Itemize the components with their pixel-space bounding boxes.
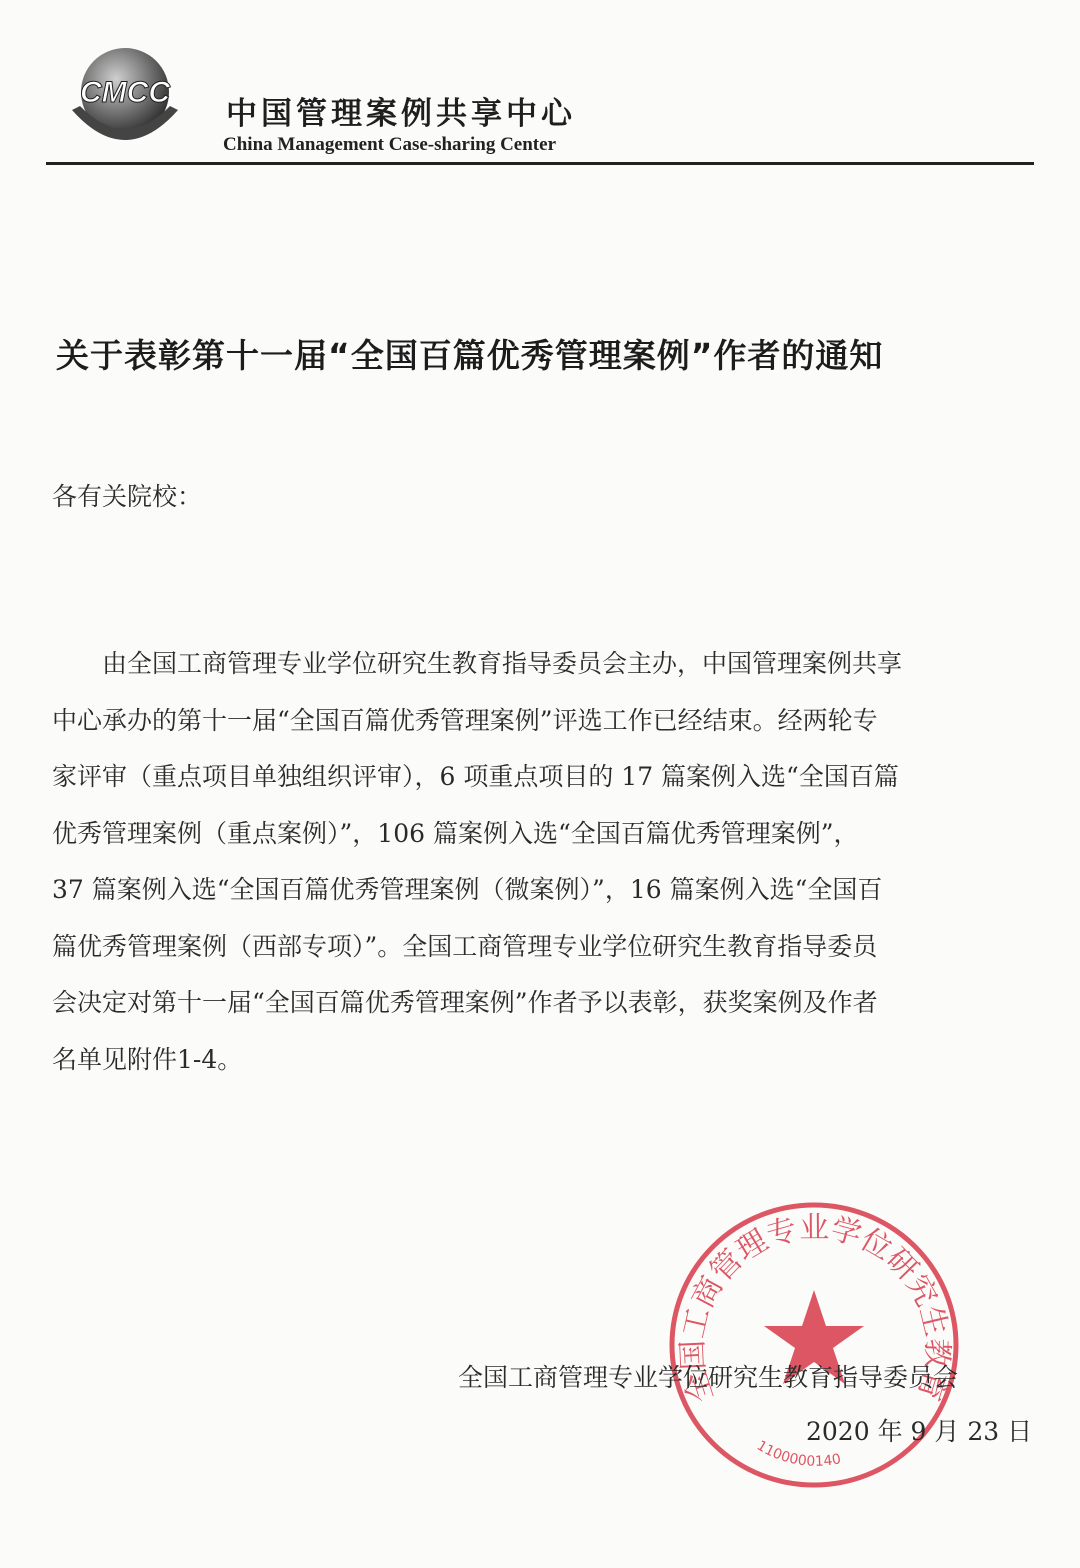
body-line: 优秀管理案例（重点案例）”，106 篇案例入选“全国百篇优秀管理案例”，: [52, 806, 1042, 863]
body-line: 名单见附件1-4。: [52, 1032, 1042, 1089]
document-body: 由全国工商管理专业学位研究生教育指导委员会主办，中国管理案例共享 中心承办的第十…: [52, 636, 1042, 1088]
body-line: 37 篇案例入选“全国百篇优秀管理案例（微案例）”，16 篇案例入选“全国百: [52, 862, 1042, 919]
header-divider: [46, 162, 1034, 165]
document-title: 关于表彰第十一届“全国百篇优秀管理案例”作者的通知: [56, 330, 883, 377]
body-line: 家评审（重点项目单独组织评审），6 项重点项目的 17 篇案例入选“全国百篇: [52, 749, 1042, 806]
cmcc-logo: CMCC: [66, 40, 184, 158]
signature-organization: 全国工商管理专业学位研究生教育指导委员会: [458, 1358, 958, 1394]
salutation: 各有关院校：: [52, 477, 202, 513]
org-name-en: China Management Case-sharing Center: [223, 134, 556, 156]
org-name-cn: 中国管理案例共享中心: [226, 88, 576, 133]
body-line: 中心承办的第十一届“全国百篇优秀管理案例”评选工作已经结束。经两轮专: [52, 693, 1042, 750]
svg-text:CMCC: CMCC: [80, 76, 171, 109]
body-line: 由全国工商管理专业学位研究生教育指导委员会主办，中国管理案例共享: [52, 636, 1042, 693]
body-line: 会决定对第十一届“全国百篇优秀管理案例”作者予以表彰，获奖案例及作者: [52, 975, 1042, 1032]
signature-date: 2020 年 9 月 23 日: [806, 1412, 1032, 1448]
body-line: 篇优秀管理案例（西部专项）”。全国工商管理专业学位研究生教育指导委员: [52, 919, 1042, 976]
